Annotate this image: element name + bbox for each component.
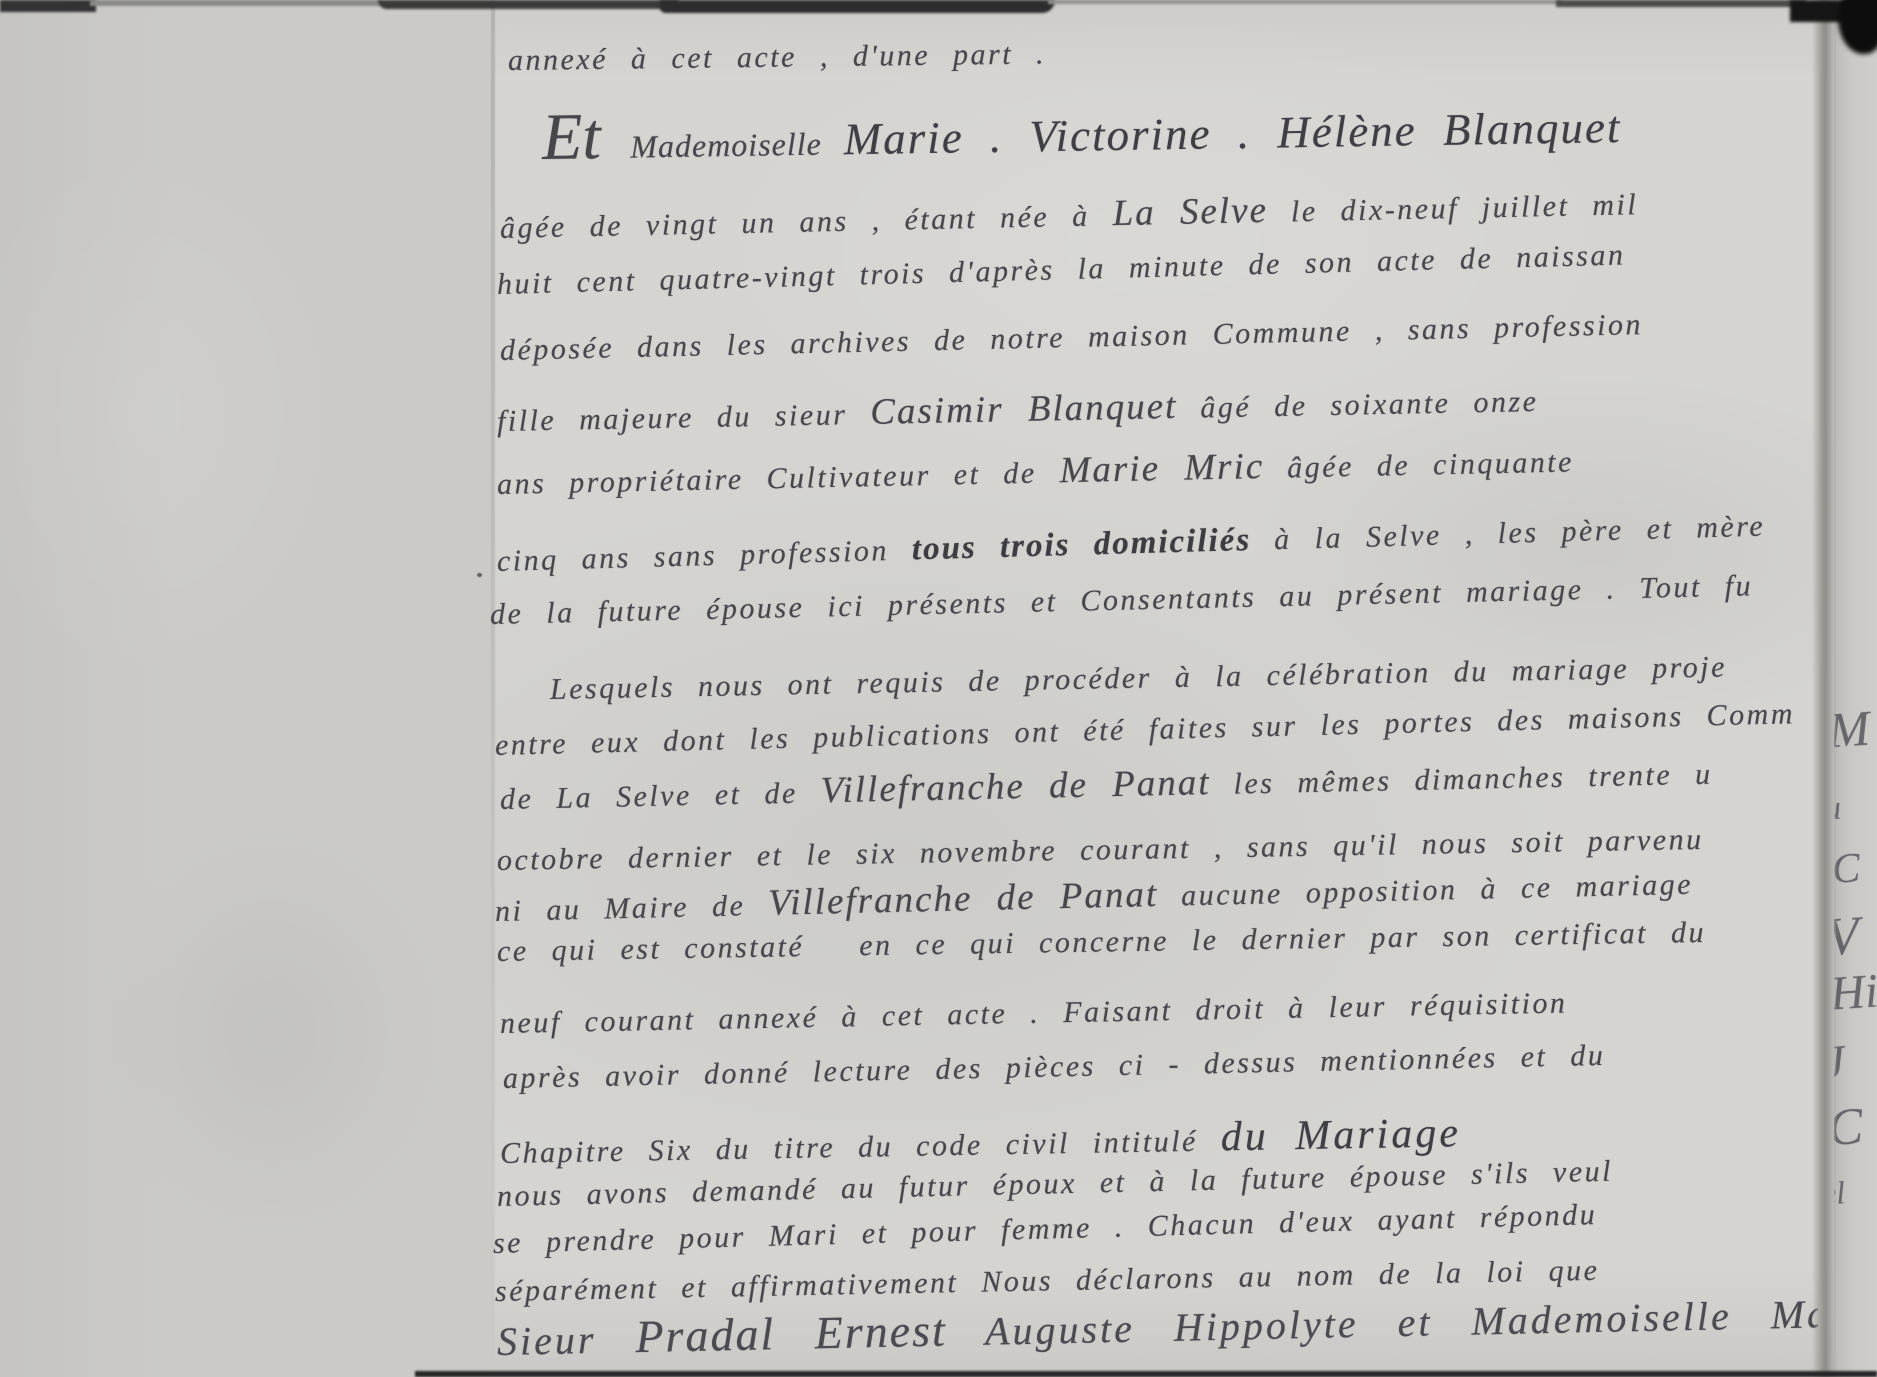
ink-spot	[477, 573, 482, 577]
handwritten-line: Lesquels nous ont requis de procéder à l…	[550, 650, 1728, 707]
line-text: âgé de soixante onze	[1177, 385, 1539, 425]
cut-handwriting-fragment: M	[1834, 699, 1872, 760]
line-text: La Selve	[1112, 190, 1268, 234]
line-text: à la Selve , les père et mère	[1251, 510, 1766, 557]
handwritten-text-block: annexé à cet acte , d'une part . Et Made…	[0, 0, 1818, 1377]
cut-handwriting-fragment: C	[1834, 844, 1862, 894]
handwritten-line: de la future épouse ici présents et Cons…	[490, 569, 1754, 632]
handwritten-line: âgée de vingt un ans , étant née à La Se…	[500, 182, 1639, 248]
cut-handwriting-fragment: Hi	[1834, 963, 1877, 1021]
line-text: ans propriétaire Cultivateur et de	[497, 456, 1060, 501]
handwritten-line: de La Selve et de Villefranche de Panat …	[500, 752, 1713, 820]
line-text: entre eux dont les publications ont été …	[495, 697, 1796, 762]
line-text: Chapitre Six du titre du code civil inti…	[500, 1124, 1221, 1170]
scan-edge-shadow	[1048, 0, 1563, 4]
handwritten-line: après avoir donné lecture des pièces ci …	[503, 1039, 1606, 1097]
scan-edge-shadow	[90, 0, 382, 6]
line-text: de la future épouse ici présents et Cons…	[490, 569, 1754, 631]
line-text: du Mariage	[1220, 1110, 1461, 1160]
line-text: déposée dans les archives de notre maiso…	[500, 308, 1644, 367]
line-text: Villefranche de Panat	[768, 874, 1159, 924]
line-text: ce qui est constaté	[497, 930, 805, 968]
line-text: fille majeure du sieur	[497, 398, 871, 438]
scan-edge-shadow-bottom	[415, 1371, 1877, 1377]
handwritten-line: fille majeure du sieur Casimir Blanquet …	[497, 379, 1539, 442]
line-text: cinq ans sans profession	[497, 533, 913, 578]
line-text: Marie . Victorine . Hélène Blanquet	[843, 102, 1621, 164]
line-text: Marie Mric	[1059, 446, 1264, 491]
binding-fold-shadow	[1812, 0, 1836, 1377]
line-text: âgée de vingt un ans , étant née à	[500, 199, 1113, 245]
line-text: après avoir donné lecture des pièces ci …	[503, 1039, 1606, 1095]
handwritten-line: cinq ans sans profession tous trois domi…	[496, 508, 1765, 581]
handwritten-line: neuf courant annexé à cet acte . Faisant…	[500, 987, 1568, 1042]
line-text: huit cent quatre-vingt trois d'après la …	[497, 238, 1626, 301]
handwritten-line: Et Mademoiselle Marie . Victorine . Hélè…	[541, 83, 1621, 176]
line-text: en ce qui concerne le dernier par son ce…	[859, 916, 1706, 962]
cut-handwriting-fragment: C	[1834, 1097, 1865, 1158]
line-text: Villefranche de Panat	[820, 762, 1211, 811]
line-text: annexé à cet acte , d'une part .	[508, 37, 1046, 77]
handwritten-line: déposée dans les archives de notre maiso…	[500, 308, 1644, 368]
scan-edge-shadow	[1556, 0, 1806, 7]
handwritten-line: annexé à cet acte , d'une part .	[508, 37, 1047, 78]
handwritten-line: ans propriétaire Cultivateur et de Marie…	[497, 439, 1575, 504]
scanned-register-page: annexé à cet acte , d'une part . Et Made…	[0, 0, 1877, 1377]
line-text: âgée de cinquante	[1264, 445, 1574, 484]
line-text: Et	[541, 100, 630, 174]
scan-edge-shadow	[378, 0, 678, 9]
line-text: les mêmes dimanches trente u	[1210, 758, 1713, 802]
scan-edge-shadow	[0, 0, 96, 12]
scan-edge-shadow	[660, 0, 1055, 13]
line-text: Auguste Hippolyte et Mademoiselle Ma	[946, 1291, 1818, 1354]
line-text: de La Selve et de	[500, 776, 821, 816]
cut-handwriting-fragment: V	[1834, 904, 1861, 968]
line-text: le dix-neuf juillet mil	[1268, 188, 1639, 229]
line-text: neuf courant annexé à cet acte . Faisant…	[500, 987, 1568, 1040]
line-text: Mademoiselle	[630, 125, 844, 164]
line-text: Pradal Ernest	[635, 1305, 947, 1363]
line-text: Casimir Blanquet	[870, 386, 1178, 433]
line-text: tous trois domiciliés	[911, 522, 1251, 567]
adjacent-page-strip: M u C V Hi J C el	[1834, 0, 1877, 1377]
line-text: ni au Maire de	[495, 889, 769, 928]
line-text: Sieur	[497, 1316, 636, 1364]
line-text: Lesquels nous ont requis de procéder à l…	[550, 650, 1727, 706]
handwritten-line: huit cent quatre-vingt trois d'après la …	[497, 238, 1626, 302]
line-text: aucune opposition à ce mariage	[1158, 868, 1694, 913]
